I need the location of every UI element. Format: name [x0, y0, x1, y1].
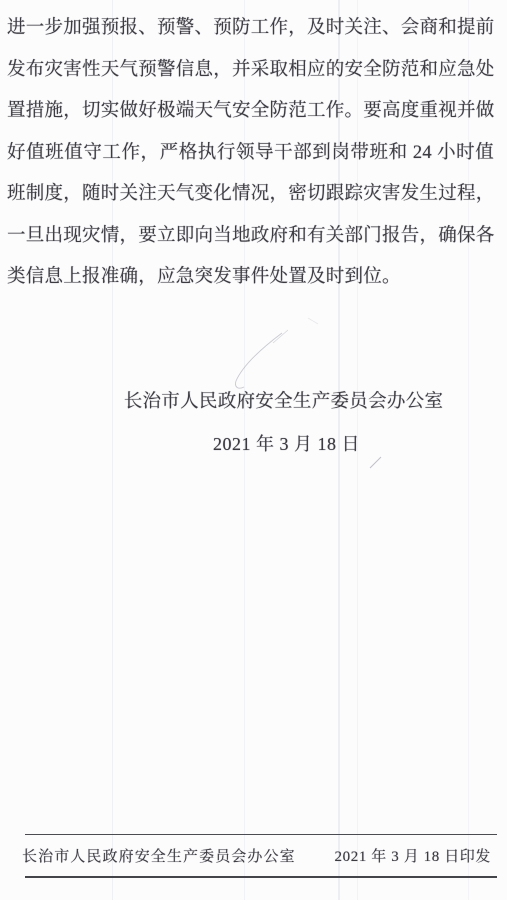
signature-date: 2021 年 3 月 18 日 — [66, 431, 507, 457]
document-body: 进一步加强预报、预警、预防工作，及时关注、会商和提前 发布灾害性天气预警信息，并… — [7, 8, 494, 299]
signature-organization: 长治市人民政府安全生产委员会办公室 — [60, 389, 507, 415]
footer-row: 长治市人民政府安全生产委员会办公室 2021 年 3 月 18 日印发 — [22, 835, 497, 876]
document-page: 进一步加强预报、预警、预防工作，及时关注、会商和提前 发布灾害性天气预警信息，并… — [0, 0, 507, 900]
body-line: 好值班值守工作，严格执行领导干部到岗带班和 24 小时值 — [7, 133, 494, 175]
footer-issuer: 长治市人民政府安全生产委员会办公室 — [22, 845, 296, 866]
body-line: 班制度，随时关注天气变化情况，密切跟踪灾害发生过程， — [7, 174, 494, 216]
body-line: 类信息上报准确，应急突发事件处置及时到位。 — [7, 257, 494, 299]
footer-rule-bottom — [25, 876, 497, 878]
body-line: 发布灾害性天气预警信息，并采取相应的安全防范和应急处 — [7, 50, 494, 92]
body-line: 一旦出现灾情，要立即向当地政府和有关部门报告，确保各 — [7, 216, 494, 258]
footer-colophon: 长治市人民政府安全生产委员会办公室 2021 年 3 月 18 日印发 — [25, 834, 497, 878]
footer-print-date: 2021 年 3 月 18 日印发 — [335, 845, 491, 866]
body-line: 进一步加强预报、预警、预防工作，及时关注、会商和提前 — [7, 8, 494, 50]
body-line: 置措施，切实做好极端天气安全防范工作。要高度重视并做 — [7, 91, 494, 133]
